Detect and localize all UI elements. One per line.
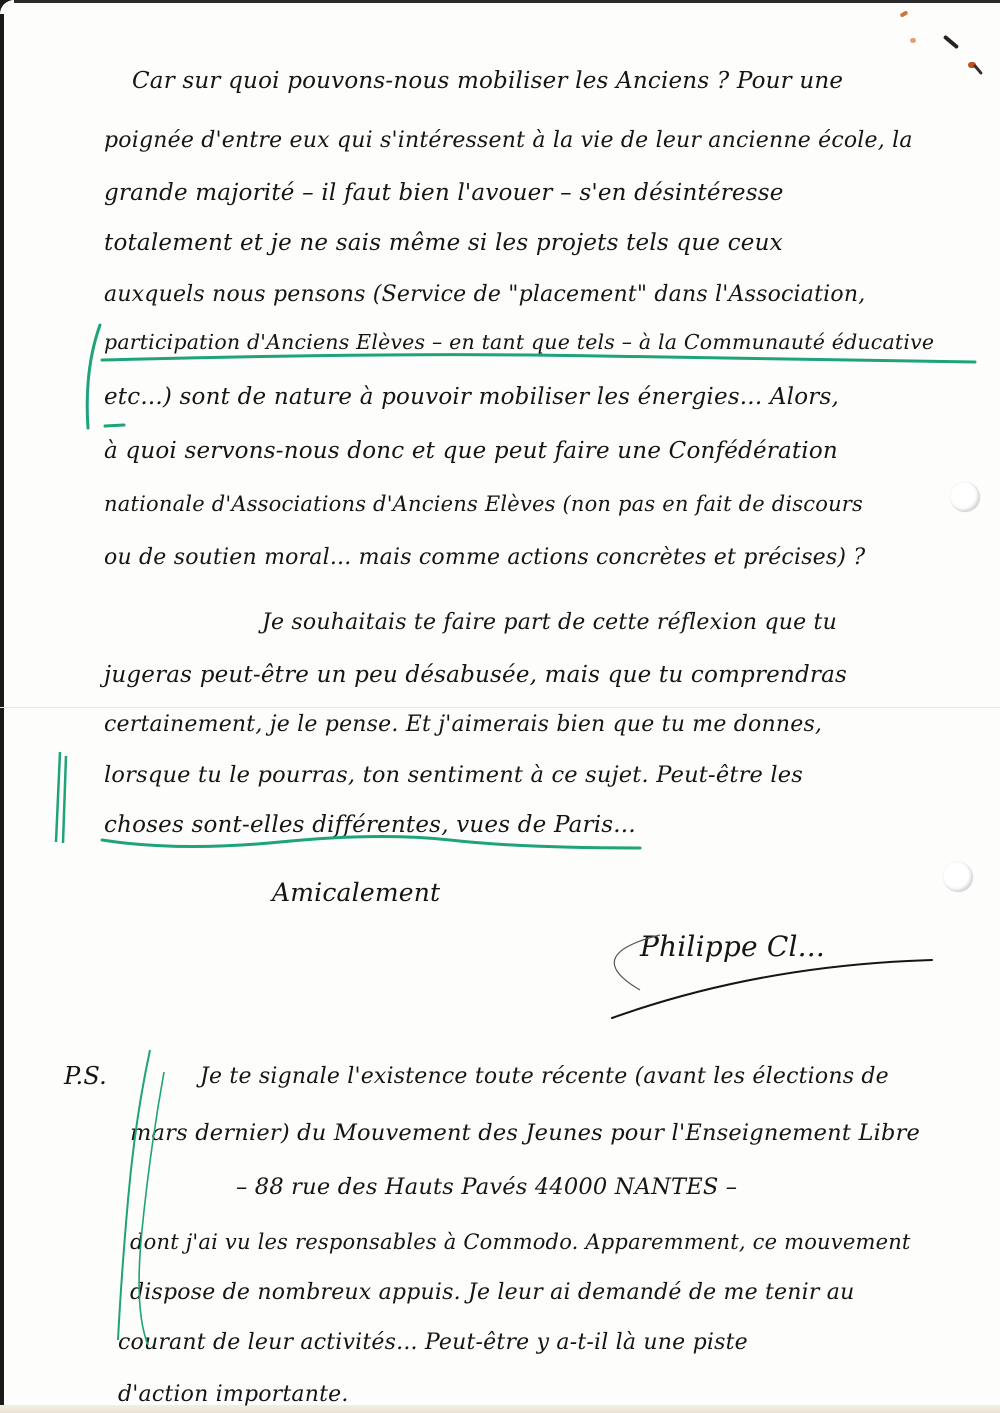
- letter-page: Car sur quoi pouvons-nous mobiliser les …: [0, 0, 1000, 1413]
- green-wavy-underline-annotation: [102, 836, 640, 848]
- green-double-bar-annotation: [56, 752, 60, 842]
- annotation-layer: [0, 0, 1000, 1413]
- green-double-bar-annotation: [63, 756, 66, 843]
- signature-flourish: [612, 960, 932, 1018]
- green-underline-annotation: [102, 355, 975, 362]
- green-underline-annotation: [105, 425, 124, 426]
- signature-flourish: [614, 935, 660, 990]
- green-bracket-annotation: [87, 325, 100, 428]
- green-ps-margin-line: [139, 1072, 164, 1345]
